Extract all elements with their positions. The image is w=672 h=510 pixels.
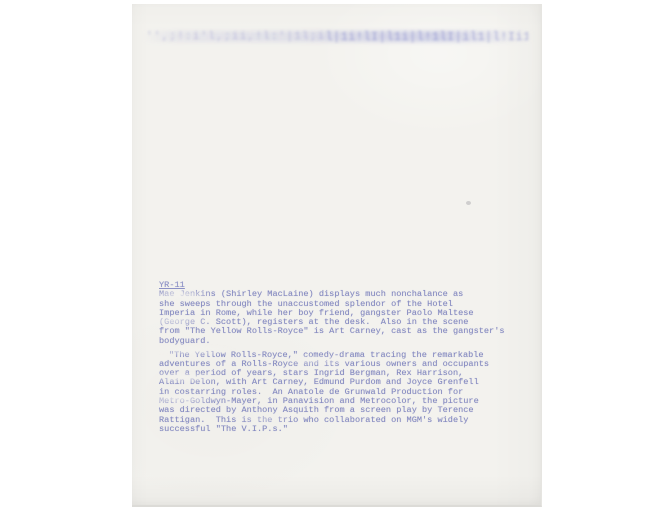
smudge-segment: '',;!:i'l,;ii,!l:'|1l;i — [146, 31, 325, 43]
scanned-caption-sheet: '',;!:i'l,;ii,!l:'|1l;i l|1i!lI|l1i|l!1l… — [132, 4, 542, 507]
smudge-segment: l|1i!lI|l1i|l!1lI|il1|l!Ii1 — [325, 30, 528, 44]
paper-speck — [466, 201, 471, 205]
caption-line: successful "The V.I.P.s." — [159, 425, 511, 434]
smudged-ink-band: '',;!:i'l,;ii,!l:'|1l;i l|1i!lI|l1i|l!1l… — [146, 27, 528, 47]
scan-background: { "document": { "colors": { "background"… — [0, 0, 672, 510]
typed-caption-block: YR-11 Mae Jenkins (Shirley MacLaine) dis… — [159, 281, 511, 434]
caption-paragraph-2: "The Yellow Rolls-Royce," comedy-drama t… — [159, 351, 511, 435]
caption-line: bodyguard. — [159, 337, 511, 346]
caption-paragraph-1: Mae Jenkins (Shirley MacLaine) displays … — [159, 290, 511, 346]
caption-line: from "The Yellow Rolls-Royce" is Art Car… — [159, 327, 511, 336]
